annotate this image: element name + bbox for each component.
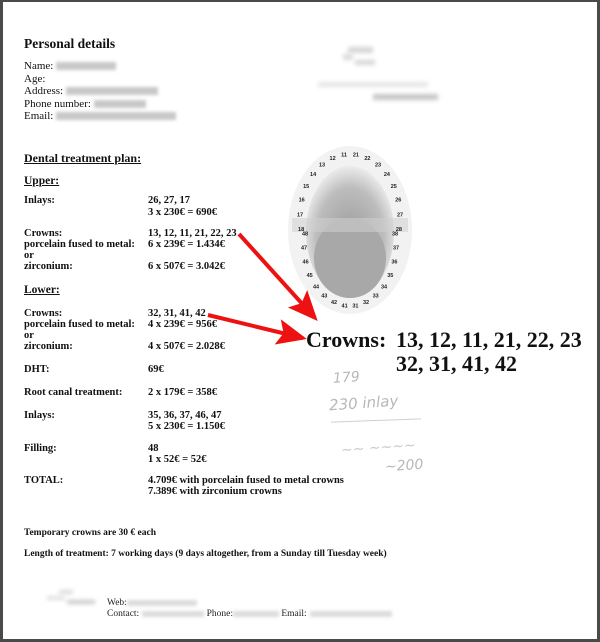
handwritten-note-1: 179 — [332, 369, 360, 387]
redacted-web — [127, 600, 197, 606]
footer-contact: Web: Contact: Phone: Email: — [107, 598, 392, 620]
handwritten-note-3: ~200 — [384, 457, 423, 476]
footer-contact-line: Contact: Phone: Email: — [107, 609, 392, 620]
crowns-annotation-line2: 32, 31, 41, 42 — [396, 352, 517, 376]
redacted-footer-email — [310, 611, 392, 617]
red-arrows — [3, 2, 597, 639]
crowns-annotation-line1: 13, 12, 11, 21, 22, 23 — [396, 328, 582, 352]
crowns-annotation-label: Crowns: — [306, 328, 386, 352]
redacted-footer-phone — [233, 611, 279, 617]
redacted-contact — [142, 611, 204, 617]
document-page: Personal details Name: Age: Address: Pho… — [3, 2, 597, 639]
footer-web: Web: — [107, 598, 392, 609]
